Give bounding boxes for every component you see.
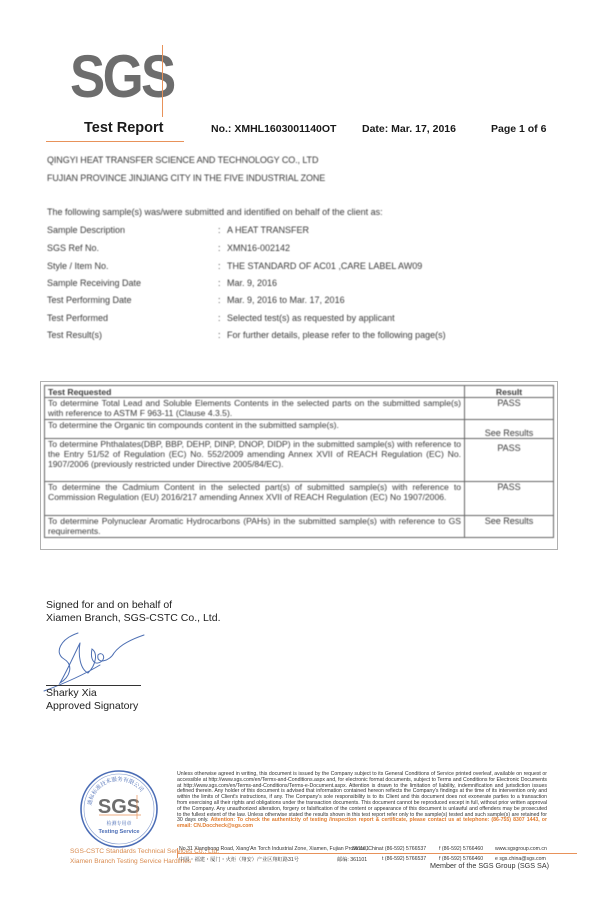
info-label: Test Performed [47,313,108,323]
telephone-1: t (86-592) 5766537 [382,846,426,852]
info-value: Mar. 9, 2016 [227,278,277,288]
testing-service-stamp: 通标标准技术服务有限公司 SGS 检测专用章 Testing Service [79,769,159,849]
signed-on-behalf: Signed for and on behalf of Xiamen Branc… [46,599,220,624]
signed-line-2: Xiamen Branch, SGS-CSTC Co., Ltd. [46,612,220,625]
test-requested-cell: To determine the Organic tin compounds c… [45,420,465,439]
sgs-logo: SGS [68,45,188,120]
postcode-en: 361101 [352,846,369,852]
signer-title: Approved Signatory [46,700,138,713]
stamp-cn-label: 检测专用章 [106,820,131,827]
test-requested-cell: To determine Total Lead and Soluble Elem… [45,398,465,420]
info-colon: : [218,313,221,323]
info-value: Selected test(s) as requested by applica… [227,313,395,323]
test-result-cell: PASS [465,398,554,420]
report-title: Test Report [84,120,164,136]
tests-table: Test Requested Result To determine Total… [44,385,554,538]
website-link[interactable]: www.sgsgroup.com.cn [495,846,547,852]
test-requested-cell: To determine the Cadmium Content in the … [45,482,465,516]
table-row: To determine Total Lead and Soluble Elem… [45,398,554,420]
stamp-label: Testing Service [99,829,140,835]
client-address: FUJIAN PROVINCE JINJIANG CITY IN THE FIV… [47,173,325,183]
table-header-row: Test Requested Result [45,386,554,398]
report-number: No.: XMHL1603001140OT [211,123,336,135]
signed-line-1: Signed for and on behalf of [46,599,220,612]
test-result-cell: PASS [465,439,554,482]
table-row: To determine the Cadmium Content in the … [45,482,554,516]
info-label: Sample Description [47,225,125,235]
signature-line [46,685,141,686]
info-colon: : [218,225,221,235]
client-company: QINGYI HEAT TRANSFER SCIENCE AND TECHNOL… [47,155,318,165]
info-colon: : [218,295,221,305]
header-result: Result [465,386,554,398]
address-cn: 中国・福建・厦门・火炬（翔安）产业区翔虹路31号 [179,856,299,863]
info-colon: : [218,243,221,253]
table-row: To determine Polynuclear Aromatic Hydroc… [45,516,554,538]
postcode-cn: 邮编: 361101 [337,856,367,863]
signer-block: Sharky Xia Approved Signatory [46,687,138,712]
logo-accent-line [46,141,184,142]
report-date: Date: Mar. 17, 2016 [362,123,456,135]
info-value: THE STANDARD OF AC01 ,CARE LABEL AW09 [227,261,422,271]
stamp-caption-2: Xiamen Branch Testing Service Hardlines [70,858,191,865]
test-result-cell: See Results [465,516,554,538]
info-colon: : [218,278,221,288]
info-value: For further details, please refer to the… [227,330,446,340]
signer-name: Sharky Xia [46,687,138,700]
info-label: Style / Item No. [47,261,109,271]
authenticity-notice: Attention: To check the authenticity of … [177,817,547,829]
logo-accent-vline [162,45,164,117]
telephone-2: t (86-592) 5766537 [382,856,426,862]
table-row: To determine Phthalates(DBP, BBP, DEHP, … [45,439,554,482]
info-value: Mar. 9, 2016 to Mar. 17, 2016 [227,295,345,305]
member-statement: Member of the SGS Group (SGS SA) [430,861,549,870]
footer-accent-line [177,853,577,854]
legal-disclaimer: Unless otherwise agreed in writing, this… [177,772,547,830]
disclaimer-text: Unless otherwise agreed in writing, this… [177,771,547,823]
sample-intro: The following sample(s) was/were submitt… [47,207,383,217]
info-value: A HEAT TRANSFER [227,225,309,235]
info-label: SGS Ref No. [47,243,99,253]
page-indicator: Page 1 of 6 [491,123,546,135]
info-label: Sample Receiving Date [47,278,141,288]
info-label: Test Performing Date [47,295,132,305]
test-requested-cell: To determine Polynuclear Aromatic Hydroc… [45,516,465,538]
test-requested-cell: To determine Phthalates(DBP, BBP, DEHP, … [45,439,465,482]
header-test-requested: Test Requested [45,386,465,398]
info-colon: : [218,330,221,340]
test-result-cell: See Results [465,420,554,439]
test-result-cell: PASS [465,482,554,516]
fax-1: f (86-592) 5766460 [439,846,483,852]
sgs-logo-text: SGS [70,45,174,109]
info-label: Test Result(s) [47,330,102,340]
table-row: To determine the Organic tin compounds c… [45,420,554,439]
info-value: XMN16-002142 [227,243,290,253]
info-colon: : [218,261,221,271]
